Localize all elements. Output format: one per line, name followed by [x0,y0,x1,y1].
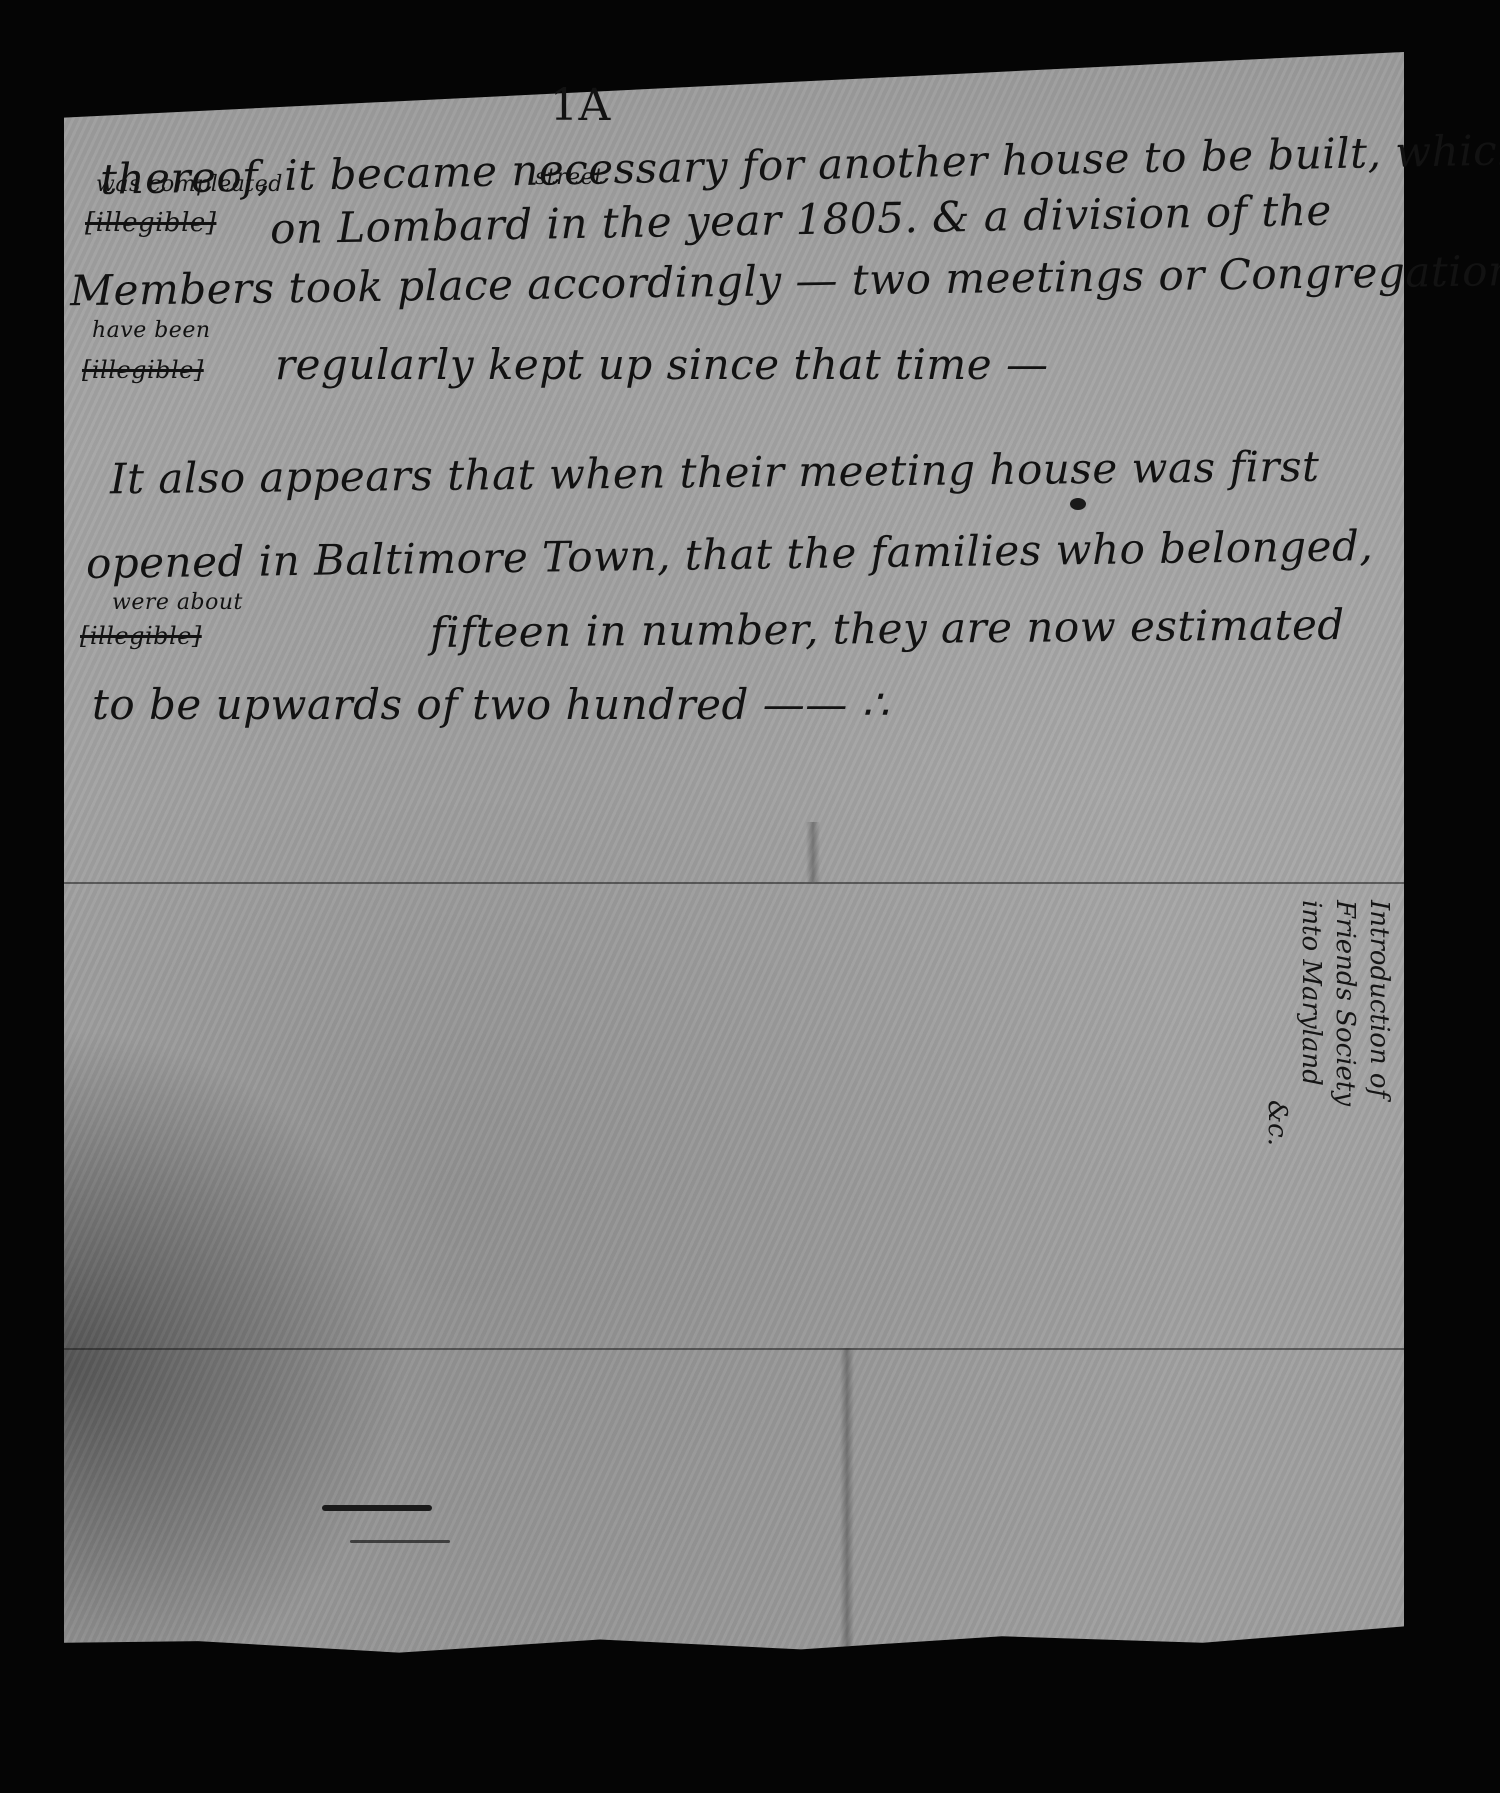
insertion-was-compleated: was compleated [96,172,283,197]
endorsement: Introduction of Friends Society into Mar… [1252,900,1412,1280]
manuscript-line-4: regularly kept up since that time — [275,340,1048,389]
manuscript-line-8: to be upwards of two hundred —— ∴ [92,680,889,729]
insertion-have-been: have been [92,318,211,343]
endorsement-line-2: Friends Society [1330,900,1360,1106]
fold-stain-1 [806,822,820,882]
fold-crease-1 [64,882,1404,884]
fold-crease-2 [64,1348,1404,1350]
page-number: 1A [550,80,611,131]
ink-blot [1070,498,1086,510]
manuscript-line-7: fifteen in number, they are now estimate… [430,600,1345,657]
ink-smudge-2 [350,1540,450,1543]
endorsement-line-4: &c. [1262,1100,1292,1146]
struck-word-line-7: [illegible] [80,622,202,650]
struck-word-line-2: [illegible] [85,208,216,238]
insertion-were-about: were about [112,590,243,615]
ink-smudge-1 [322,1505,432,1511]
endorsement-line-3: into Maryland [1296,900,1326,1086]
struck-word-line-4: [illegible] [82,356,204,384]
endorsement-line-1: Introduction of [1364,900,1394,1098]
insertion-street: street [535,165,604,190]
fold-stain-2 [840,1348,854,1688]
